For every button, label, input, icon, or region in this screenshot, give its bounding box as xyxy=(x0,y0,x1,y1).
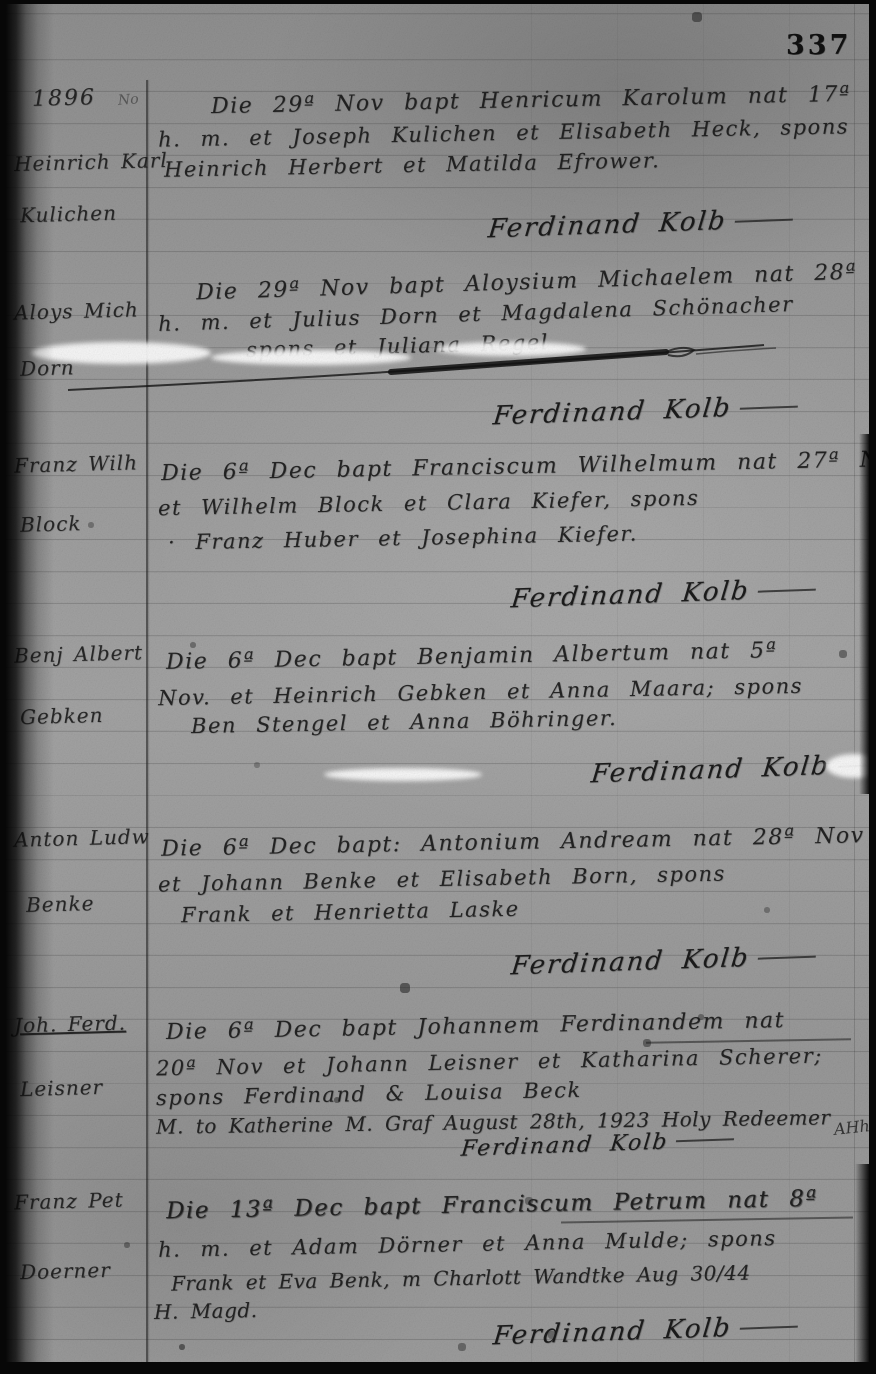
paper: 337 1896 No Die 29ª Nov bapt Henricum Ka… xyxy=(6,4,869,1362)
noise-texture xyxy=(6,4,869,1362)
scanned-register-page: 337 1896 No Die 29ª Nov bapt Henricum Ka… xyxy=(0,0,876,1374)
